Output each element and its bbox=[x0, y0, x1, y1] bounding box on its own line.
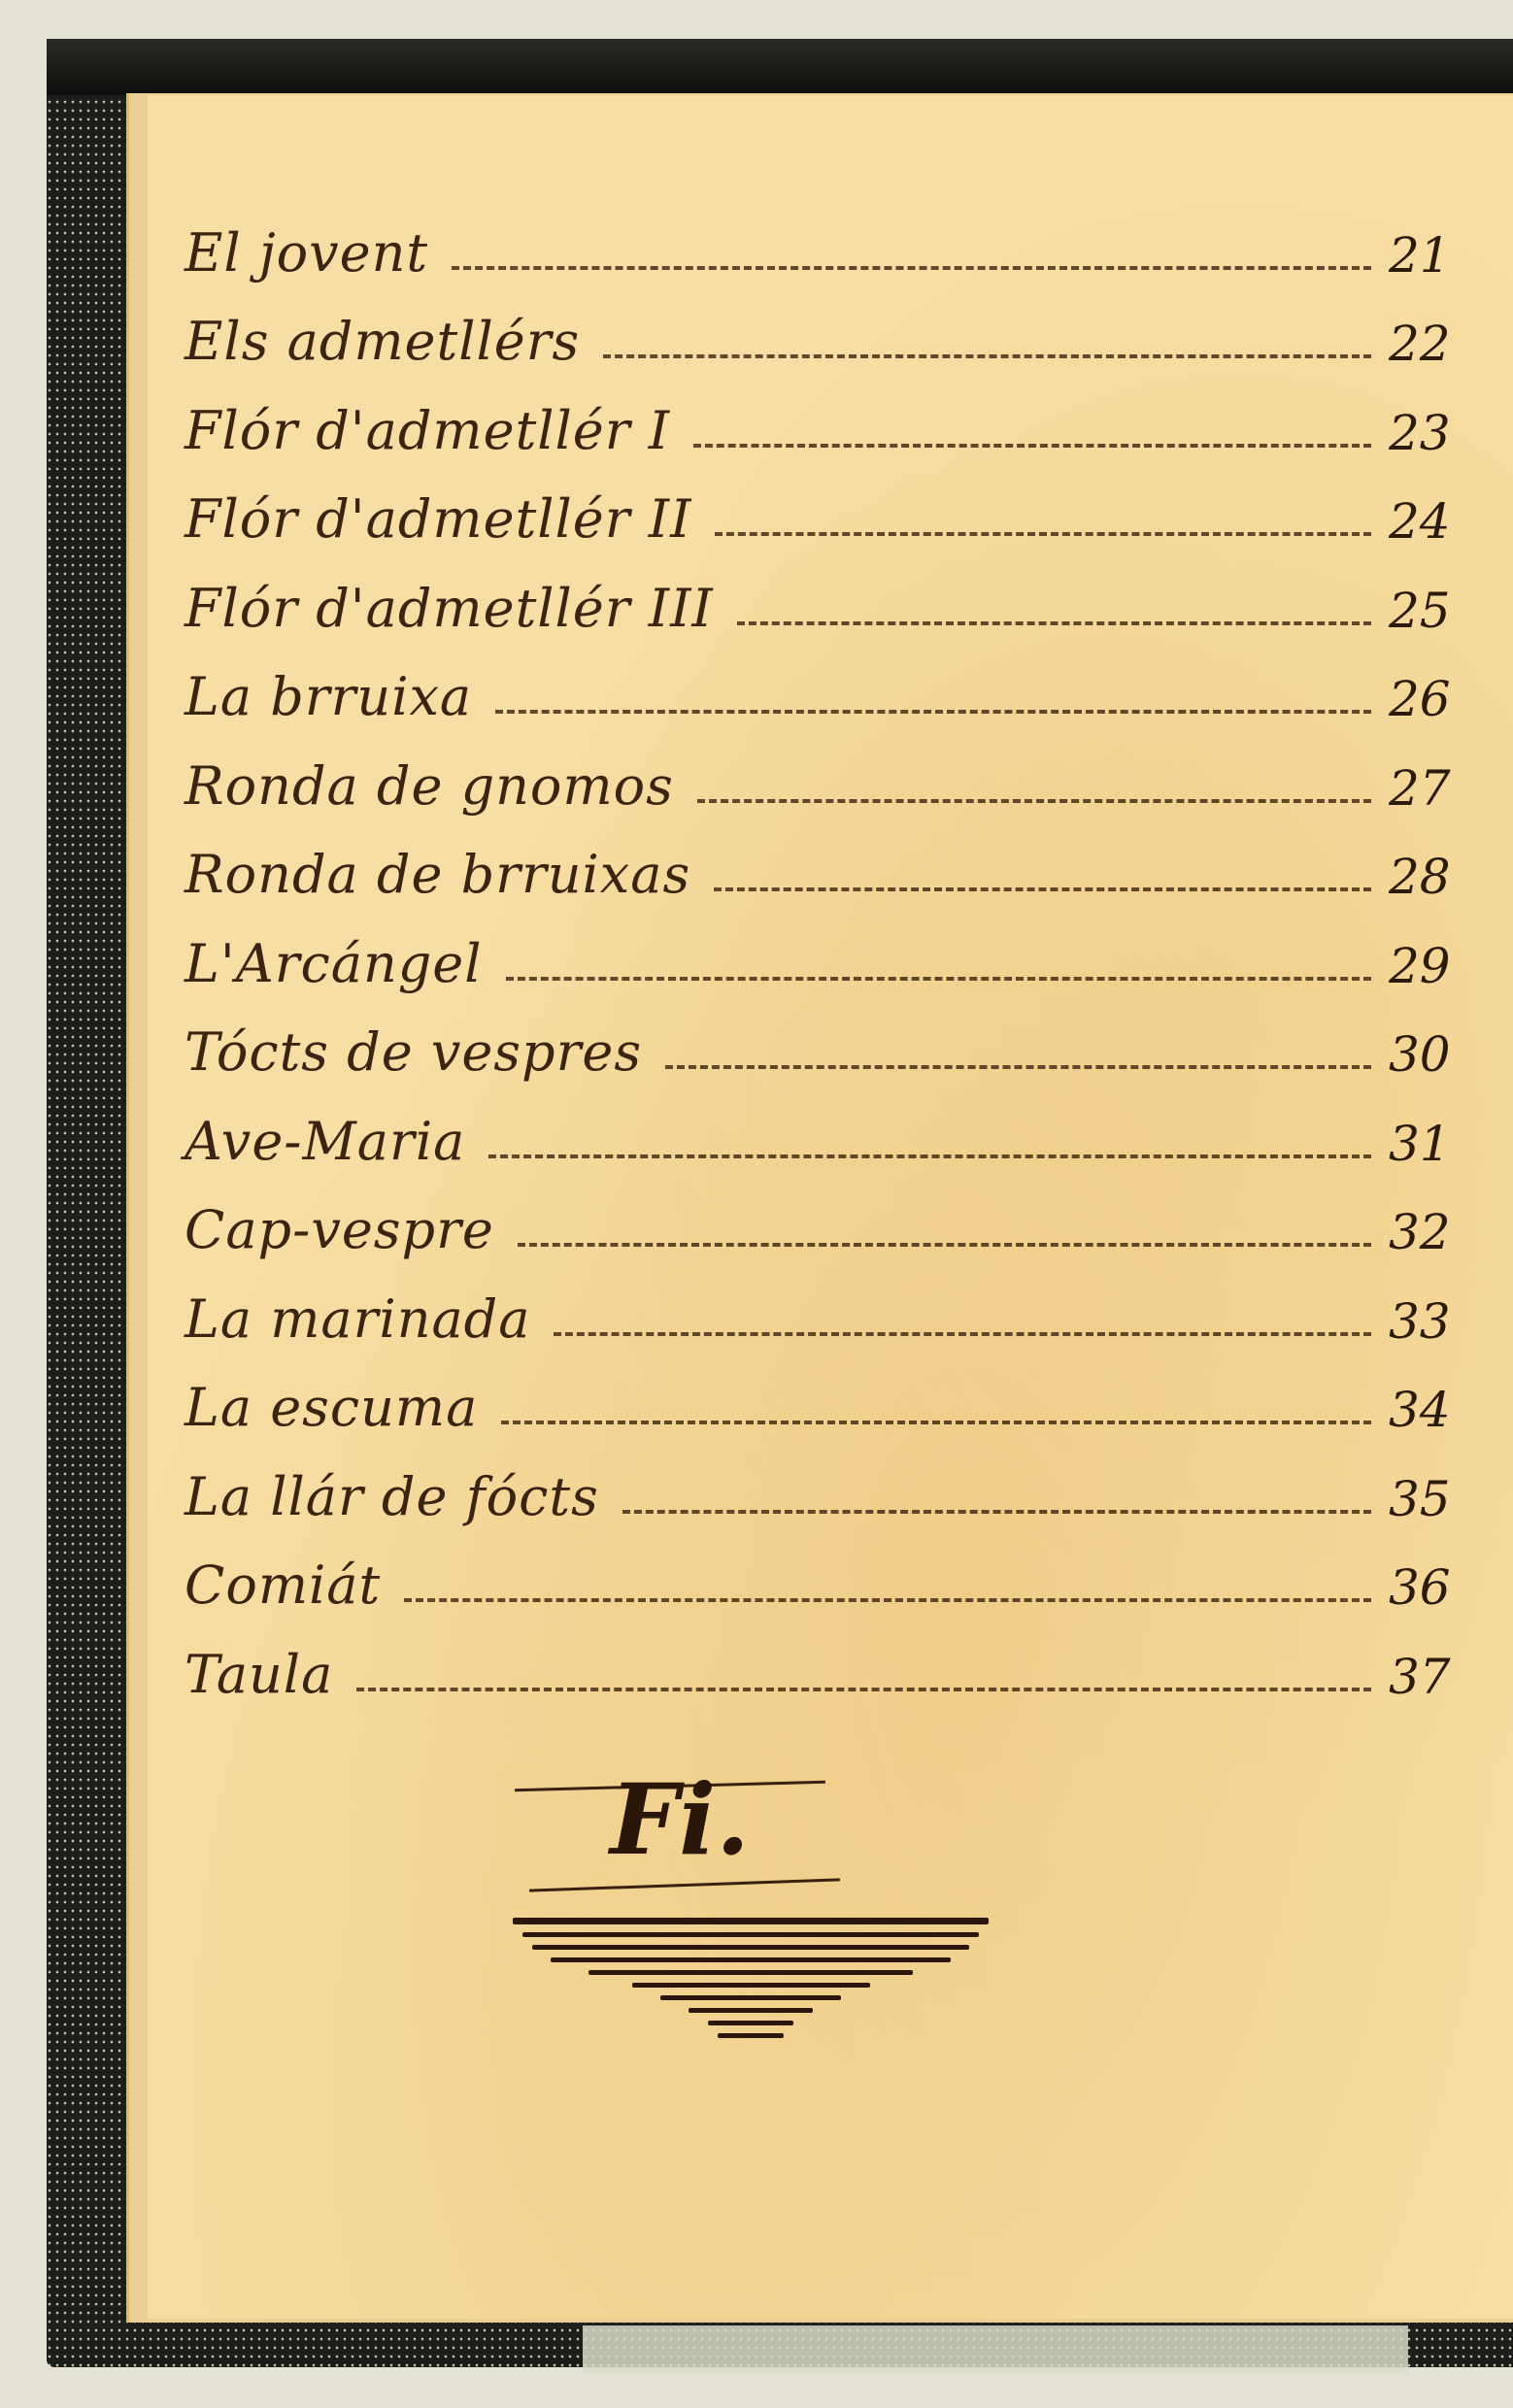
tapered-line-flourish-ornament bbox=[513, 1918, 989, 2046]
entry-title: Flór d'admetllér III bbox=[185, 578, 714, 639]
entry-title: Ronda de gnomos bbox=[185, 755, 674, 817]
dotted-leader bbox=[506, 977, 1371, 981]
entry-title: Flór d'admetllér II bbox=[185, 488, 691, 550]
entry-page: 35 bbox=[1389, 1471, 1476, 1527]
entry-page: 31 bbox=[1389, 1116, 1476, 1172]
entry-page: 34 bbox=[1389, 1382, 1476, 1438]
toc-entry: Cap-vespre32 bbox=[185, 1172, 1476, 1261]
entry-title: Tócts de vespres bbox=[185, 1021, 642, 1083]
dotted-leader bbox=[737, 621, 1371, 625]
dotted-leader bbox=[518, 1243, 1371, 1247]
dotted-leader bbox=[665, 1065, 1371, 1069]
dotted-leader bbox=[495, 710, 1371, 714]
dotted-leader bbox=[488, 1154, 1371, 1158]
dotted-leader bbox=[356, 1688, 1371, 1691]
toc-entry: Taula37 bbox=[185, 1616, 1476, 1705]
toc-entry: La llár de fócts35 bbox=[185, 1438, 1476, 1527]
entry-page: 29 bbox=[1389, 938, 1476, 994]
entry-page: 23 bbox=[1389, 405, 1476, 461]
closing-fi: Fi. bbox=[524, 1762, 835, 1877]
entry-page: 24 bbox=[1389, 493, 1476, 550]
dotted-leader bbox=[714, 887, 1371, 891]
worn-cover-edge bbox=[583, 2325, 1408, 2374]
entry-title: Els admetllérs bbox=[185, 311, 580, 372]
entry-title: La brruixa bbox=[185, 666, 472, 727]
dotted-leader bbox=[693, 444, 1371, 448]
toc-entry: La marinada33 bbox=[185, 1260, 1476, 1350]
entry-page: 30 bbox=[1389, 1026, 1476, 1083]
entry-title: La llár de fócts bbox=[185, 1466, 599, 1527]
entry-page: 25 bbox=[1389, 583, 1476, 639]
toc-entry: Flór d'admetllér II24 bbox=[185, 461, 1476, 551]
dotted-leader bbox=[715, 532, 1371, 536]
dotted-leader bbox=[404, 1598, 1371, 1602]
toc-entry: Comiát36 bbox=[185, 1527, 1476, 1617]
entry-title: La marinada bbox=[185, 1288, 530, 1350]
entry-page: 32 bbox=[1389, 1204, 1476, 1260]
toc-entry: Els admetllérs22 bbox=[185, 284, 1476, 373]
entry-page: 36 bbox=[1389, 1559, 1476, 1616]
table-of-contents: El jovent21 Els admetllérs22 Flór d'adme… bbox=[185, 194, 1476, 1705]
entry-page: 21 bbox=[1389, 227, 1476, 284]
book-cover-top-edge bbox=[47, 39, 1513, 95]
toc-entry: Ronda de brruixas28 bbox=[185, 817, 1476, 906]
entry-page: 28 bbox=[1389, 849, 1476, 905]
toc-entry: Tócts de vespres30 bbox=[185, 994, 1476, 1084]
dotted-leader bbox=[501, 1421, 1371, 1424]
toc-entry: L'Arcángel29 bbox=[185, 905, 1476, 994]
dotted-leader bbox=[603, 354, 1371, 358]
entry-title: Cap-vespre bbox=[185, 1199, 494, 1260]
dotted-leader bbox=[697, 799, 1371, 803]
dotted-leader bbox=[622, 1510, 1371, 1514]
entry-title: L'Arcángel bbox=[185, 933, 483, 994]
toc-entry: La escuma34 bbox=[185, 1350, 1476, 1439]
toc-entry: Ave-Maria31 bbox=[185, 1083, 1476, 1172]
entry-page: 33 bbox=[1389, 1293, 1476, 1350]
entry-title: Flór d'admetllér I bbox=[185, 400, 670, 461]
toc-entry: Ronda de gnomos27 bbox=[185, 727, 1476, 817]
entry-page: 26 bbox=[1389, 671, 1476, 727]
entry-page: 37 bbox=[1389, 1649, 1476, 1705]
toc-entry: Flór d'admetllér I23 bbox=[185, 372, 1476, 461]
toc-entry: La brruixa26 bbox=[185, 639, 1476, 728]
toc-entry: Flór d'admetllér III25 bbox=[185, 550, 1476, 639]
entry-title: La escuma bbox=[185, 1377, 478, 1438]
entry-page: 22 bbox=[1389, 316, 1476, 372]
entry-title: Ronda de brruixas bbox=[185, 844, 690, 905]
entry-title: Taula bbox=[185, 1644, 333, 1705]
dotted-leader bbox=[452, 266, 1371, 270]
toc-entry: El jovent21 bbox=[185, 194, 1476, 284]
dotted-leader bbox=[554, 1332, 1371, 1336]
entry-title: Comiát bbox=[185, 1555, 381, 1616]
entry-page: 27 bbox=[1389, 760, 1476, 817]
entry-title: El jovent bbox=[185, 222, 428, 284]
entry-title: Ave-Maria bbox=[185, 1111, 465, 1172]
